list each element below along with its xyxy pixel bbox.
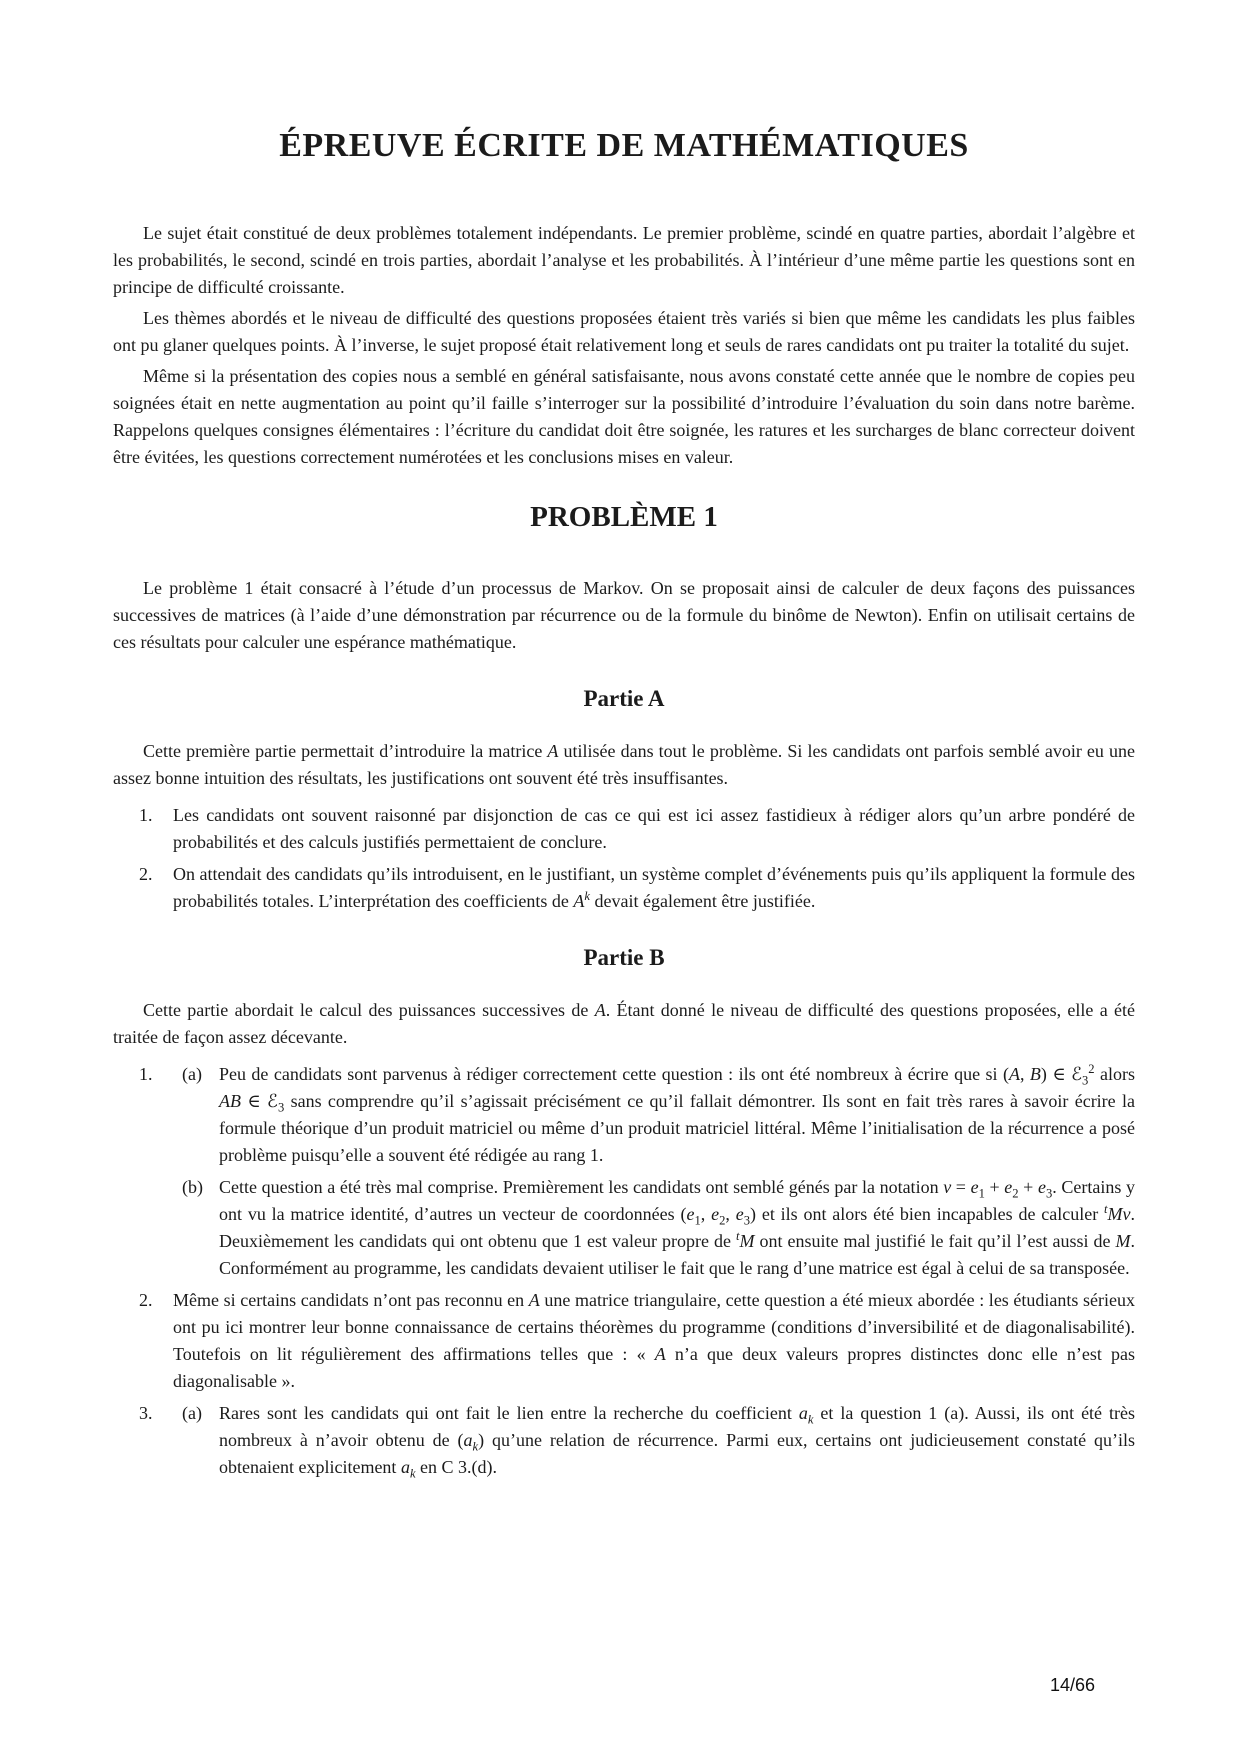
probleme1-intro-paragraph: Le problème 1 était consacré à l’étude d… xyxy=(113,575,1135,656)
sub-list-item: (b) Cette question a été très mal compri… xyxy=(173,1174,1135,1282)
document-page: ÉPREUVE ÉCRITE DE MATHÉMATIQUES Le sujet… xyxy=(0,0,1241,1756)
item-label: 1. xyxy=(139,802,173,856)
subitem-label: (b) xyxy=(182,1174,219,1282)
item-text: Les candidats ont souvent raisonné par d… xyxy=(173,802,1135,856)
item-label: 3. xyxy=(139,1400,173,1481)
subitem-text: Peu de candidats sont parvenus à rédiger… xyxy=(219,1061,1135,1169)
probleme1-heading: PROBLÈME 1 xyxy=(113,499,1135,535)
sub-list-item: (a) Peu de candidats sont parvenus à réd… xyxy=(173,1061,1135,1169)
partie-a-list: 1. Les candidats ont souvent raisonné pa… xyxy=(113,802,1135,915)
list-item: 2. Même si certains candidats n’ont pas … xyxy=(139,1287,1135,1395)
sub-list-item: (a) Rares sont les candidats qui ont fai… xyxy=(173,1400,1135,1481)
list-item: 2. On attendait des candidats qu’ils int… xyxy=(139,861,1135,915)
list-item: 1. (a) Peu de candidats sont parvenus à … xyxy=(139,1061,1135,1282)
list-item: 1. Les candidats ont souvent raisonné pa… xyxy=(139,802,1135,856)
intro-paragraph-3: Même si la présentation des copies nous … xyxy=(113,363,1135,471)
partie-b-heading: Partie B xyxy=(113,943,1135,973)
subitem-text: Cette question a été très mal comprise. … xyxy=(219,1174,1135,1282)
subitem-label: (a) xyxy=(182,1400,219,1481)
item-text: Même si certains candidats n’ont pas rec… xyxy=(173,1287,1135,1395)
intro-paragraph-2: Les thèmes abordés et le niveau de diffi… xyxy=(113,305,1135,359)
item-text: On attendait des candidats qu’ils introd… xyxy=(173,861,1135,915)
page-content: ÉPREUVE ÉCRITE DE MATHÉMATIQUES Le sujet… xyxy=(113,0,1135,1481)
partie-b-intro-paragraph: Cette partie abordait le calcul des puis… xyxy=(113,997,1135,1051)
item-label: 2. xyxy=(139,1287,173,1395)
page-number: 14/66 xyxy=(1050,1675,1095,1696)
item-label: 1. xyxy=(139,1061,173,1282)
list-item: 3. (a) Rares sont les candidats qui ont … xyxy=(139,1400,1135,1481)
item-label: 2. xyxy=(139,861,173,915)
intro-paragraph-1: Le sujet était constitué de deux problèm… xyxy=(113,220,1135,301)
page-title: ÉPREUVE ÉCRITE DE MATHÉMATIQUES xyxy=(113,126,1135,166)
partie-b-list: 1. (a) Peu de candidats sont parvenus à … xyxy=(113,1061,1135,1481)
partie-a-heading: Partie A xyxy=(113,684,1135,714)
partie-a-intro-paragraph: Cette première partie permettait d’intro… xyxy=(113,738,1135,792)
subitem-label: (a) xyxy=(182,1061,219,1169)
subitem-text: Rares sont les candidats qui ont fait le… xyxy=(219,1400,1135,1481)
